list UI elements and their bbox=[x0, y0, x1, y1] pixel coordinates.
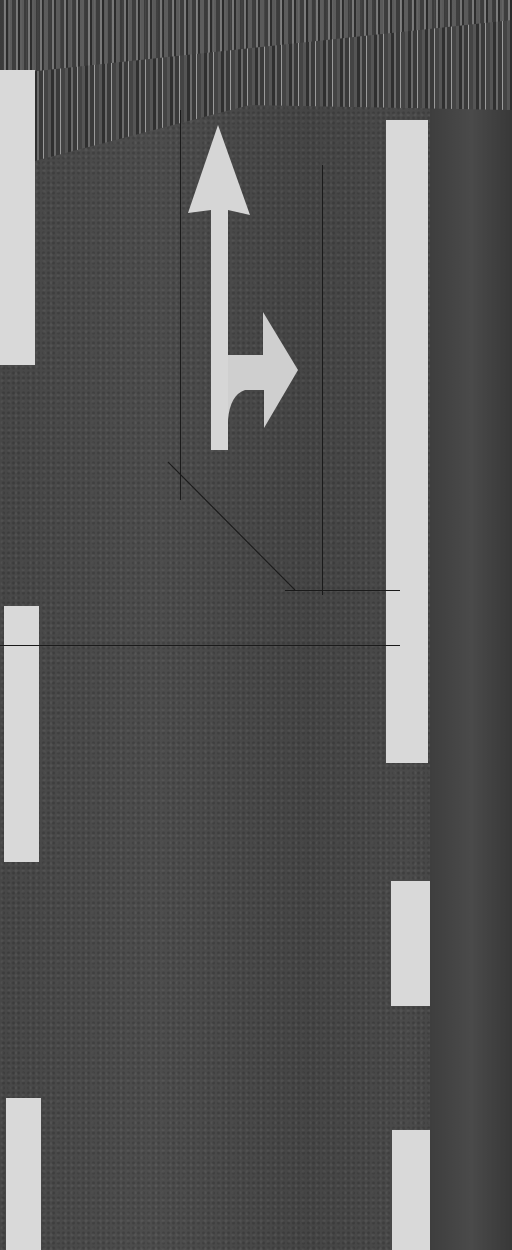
crack-diagonal bbox=[0, 0, 512, 1250]
road-scene bbox=[0, 0, 512, 1250]
